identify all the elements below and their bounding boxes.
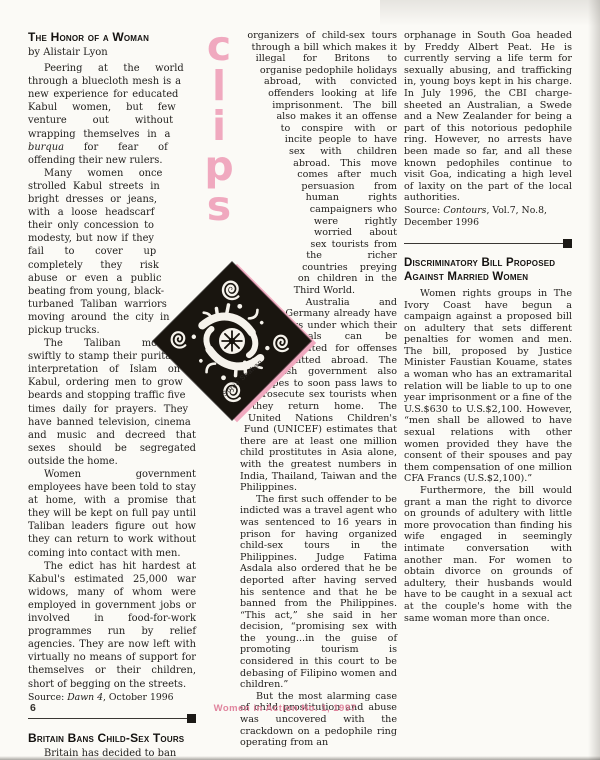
article-title-honor-of-a-woman: The Honor of a Woman [28, 30, 196, 44]
column-3: orphanage in South Goa headed by Freddy … [404, 30, 572, 624]
section-divider [404, 243, 572, 244]
publication-footer: Women in Action No. 1, 1997 [0, 703, 570, 714]
column-1: The Honor of a Woman by Alistair Lyon Pe… [28, 30, 196, 760]
paragraph: Peering at the world through a bluecloth… [28, 62, 196, 167]
scan-edge-top-right [380, 0, 600, 26]
clips-letter: c [207, 26, 231, 66]
woodcut-diamond-artwork [176, 285, 288, 397]
clips-letter: l [212, 66, 226, 106]
italic-term: burqua [28, 142, 64, 153]
paragraph: The first such offender to be indicted w… [240, 494, 397, 691]
source-rest: , October 1996 [103, 692, 174, 703]
scan-edge-right [588, 0, 600, 760]
paragraph: Britain has decided to ban [28, 747, 196, 760]
clips-letter: s [207, 186, 231, 226]
source-line: Source: Contours, Vol.7, No.8, December … [404, 205, 572, 229]
byline: by Alistair Lyon [28, 46, 196, 59]
source-publication: Contours [443, 205, 486, 216]
clips-letter: p [204, 146, 233, 186]
page-footer: 6 Women in Action No. 1, 1997 [0, 702, 600, 722]
clips-letter: i [212, 106, 226, 146]
source-prefix: Source: [404, 205, 443, 216]
paragraph-text: Peering at the world through a bluecloth… [28, 63, 184, 139]
paragraph: The edict has hit hardest at Kabul's est… [28, 560, 196, 691]
article-title-britain-bans-child-sex-tours: Britain Bans Child-Sex Tours [28, 731, 196, 745]
paragraph: Women rights groups in The Ivory Coast h… [404, 288, 572, 485]
source-publication: Dawn 4 [67, 692, 103, 703]
clips-section-label: c l i p s [199, 26, 239, 226]
paragraph: Women government employees have been tol… [28, 468, 196, 560]
diamond-woodcut-image [153, 262, 311, 420]
article-title-discriminatory-bill: Discriminatory Bill Proposed Against Mar… [404, 256, 572, 284]
source-prefix: Source: [28, 692, 67, 703]
paragraph: orphanage in South Goa headed by Freddy … [404, 30, 572, 204]
woodcut-illustration [153, 262, 311, 420]
paragraph: Furthermore, the bill would grant a man … [404, 485, 572, 624]
